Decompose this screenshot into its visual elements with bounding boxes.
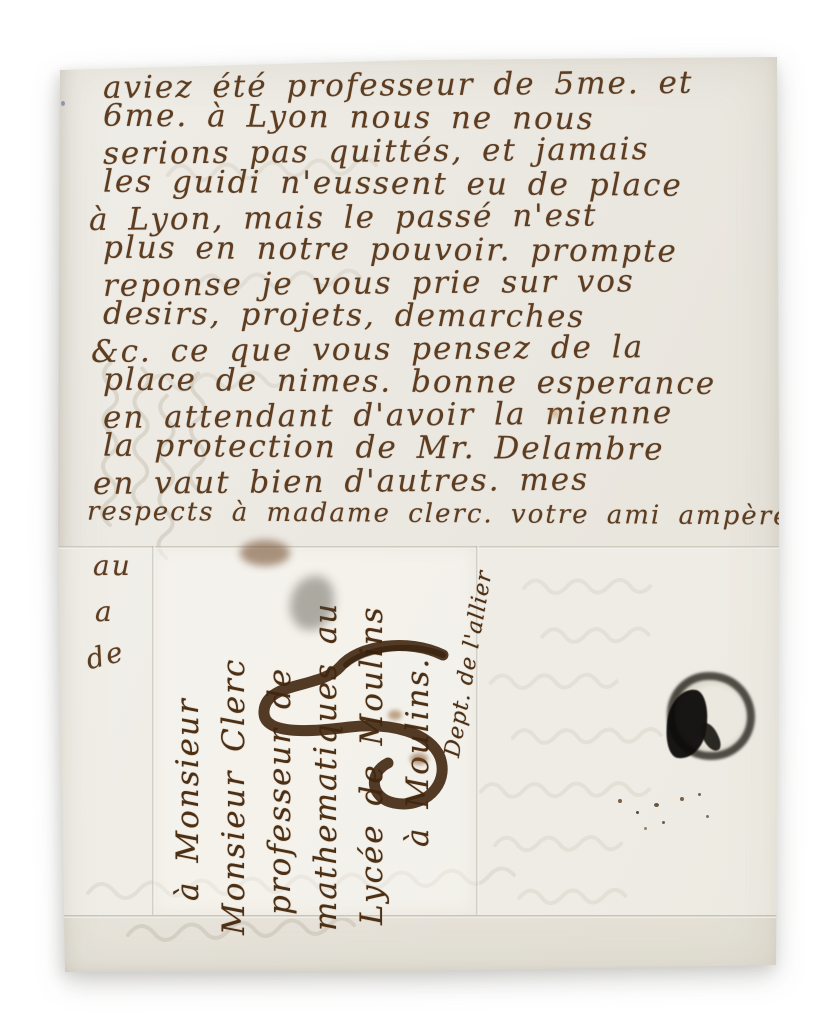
letter-line: en vaut bien d'autres. mes [93,462,773,501]
wax-seal [667,672,755,760]
ink-spatter-dot [680,797,684,801]
address-line: à Moulins. [395,563,441,847]
ink-spatter-dot [698,793,701,796]
letter-line: les guidi n'eussent eu de place [103,166,773,204]
ink-spatter-dot [636,811,639,814]
ink-smudge-brown [240,540,290,566]
letter-fragment: a [95,595,114,628]
letter-line-signature: respects à madame clerc. votre ami ampèr… [87,496,773,534]
letter-paper: aviez été professeur de 5me. et 6me. à L… [58,55,780,975]
letter-line: la protection de Mr. Delambre [103,430,773,468]
paper-shadow: aviez été professeur de 5me. et 6me. à L… [58,55,780,975]
letter-text-block: aviez été professeur de 5me. et 6me. à L… [103,69,773,531]
paper-stain [550,409,560,418]
paper-speck [61,101,65,106]
ink-spatter-dot [654,803,659,807]
letter-line: desirs, projets, demarches [103,298,773,336]
ink-spatter-dot [644,827,647,830]
address-line: Lycée de Moulins [349,563,395,925]
ink-spatter-dot [662,821,665,824]
letter-line: plus en notre pouvoir. prompte [103,232,773,270]
vertical-crease-left [152,546,155,915]
letter-line: 6me. à Lyon nous ne nous [103,100,773,138]
paper-stain [388,710,402,720]
address-line: Monsieur Clerc [211,563,257,935]
address-line: à Monsieur [165,563,211,901]
paper-stain [410,753,428,765]
horizontal-crease-top [58,546,780,549]
photographed-letter: aviez été professeur de 5me. et 6me. à L… [0,0,840,1034]
ink-spatter-dot [706,815,709,818]
letter-fragment: au [93,549,132,582]
ink-spatter-dot [618,799,622,803]
